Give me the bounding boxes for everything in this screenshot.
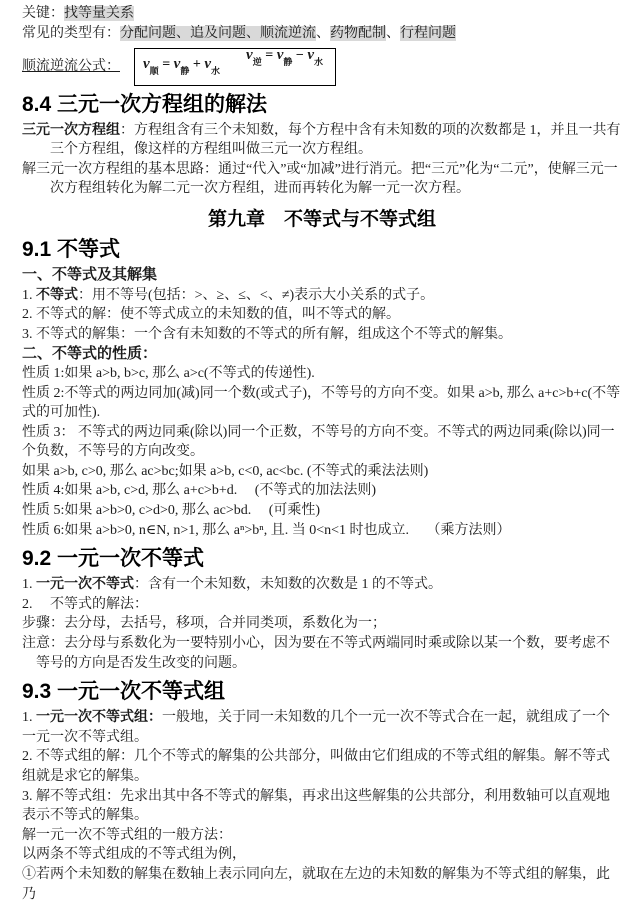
sec92-item-1: 1. 一元一次不等式：含有一个未知数，未知数的次数是 1 的不等式。 xyxy=(22,574,622,595)
types-highlight-2: 药物配制 xyxy=(330,26,386,41)
var-v: v xyxy=(204,56,211,72)
types-highlight-3: 行程问题 xyxy=(400,26,456,41)
equals-sign: = xyxy=(262,48,277,63)
plus-sign: + xyxy=(189,57,204,72)
sec91-item-3: 3. 不等式的解集：一个含有未知数的不等式的所有解，组成这个不等式的解集。 xyxy=(22,325,622,345)
section-heading-9-3: 9.3 一元一次不等式组 xyxy=(22,680,622,704)
sec93-example-intro: 以两条不等式组成的不等式组为例， xyxy=(22,845,622,865)
formula-box: v顺 = v静 + v水 v逆 = v静 − v水 xyxy=(134,48,336,85)
sec84-definition: 三元一次方程组：方程组含有三个未知数，每个方程中含有未知数的项的次数都是 1，并… xyxy=(22,120,622,160)
item-number: 1. xyxy=(22,577,36,592)
sec92-steps: 步骤：去分母，去括号，移项，合并同类项，系数化为一； xyxy=(22,614,622,634)
term-yiyuan-budengshi: 一元一次不等式 xyxy=(36,575,134,591)
intro-key-line: 关键：找等量关系 xyxy=(22,4,622,24)
term-budengshizu: 一元一次不等式组： xyxy=(36,708,162,724)
key-highlight: 找等量关系 xyxy=(64,6,134,21)
property-3: 性质 3： 不等式的两边同乘(除以)同一个正数，不等号的方向不变。不等式的两边同… xyxy=(22,423,622,462)
sec93-method-intro: 解一元一次不等式组的一般方法： xyxy=(22,826,622,846)
sub-ni: 逆 xyxy=(253,57,262,67)
sec92-note: 注意：去分母与系数化为一要特别小心，因为要在不等式两端同时乘或除以某一个数，要考… xyxy=(22,634,622,673)
chapter-9-title: 第九章 不等式与不等式组 xyxy=(22,208,622,231)
var-v: v xyxy=(246,47,253,63)
var-v: v xyxy=(307,47,314,63)
item-number: 1. xyxy=(22,288,36,303)
sec93-case-1: ①若两个未知数的解集在数轴上表示同向左，就取在左边的未知数的解集为不等式组的解集… xyxy=(22,865,622,903)
sec91-subhead-2: 二、不等式的性质： xyxy=(22,344,622,364)
types-sep-2: 、 xyxy=(386,26,400,41)
sec92-item-2: 2. 不等式的解法： xyxy=(22,595,622,615)
sub-jing: 静 xyxy=(180,66,189,76)
property-6: 性质 6:如果 a>b>0, n∈N, n>1, 那么 aⁿ>bⁿ, 且. 当 … xyxy=(22,521,622,541)
definition-text: ：用不等号(包括：>、≥、≤、<、≠)表示大小关系的式子。 xyxy=(78,288,434,303)
formula-row: 顺流逆流公式： v顺 = v静 + v水 v逆 = v静 − v水 xyxy=(22,48,622,85)
definition-text: ：方程组含有三个未知数，每个方程中含有未知数的项的次数都是 1，并且一共有三个方… xyxy=(50,123,621,158)
var-v: v xyxy=(143,56,150,72)
item-number: 1. xyxy=(22,710,36,725)
sub-shui: 水 xyxy=(314,57,323,67)
property-2: 性质 2:不等式的两边同加(减)同一个数(或式子)，不等号的方向不变。如果 a>… xyxy=(22,384,622,423)
types-label: 常见的类型有： xyxy=(22,26,120,41)
formula-label: 顺流逆流公式： xyxy=(22,57,120,77)
types-sep-1: 、 xyxy=(316,26,330,41)
sec91-subhead-1: 一、不等式及其解集 xyxy=(22,265,622,285)
section-heading-9-1: 9.1 不等式 xyxy=(22,238,622,262)
term-sanyuan: 三元一次方程组 xyxy=(22,121,120,137)
definition-text: ：含有一个未知数，未知数的次数是 1 的不等式。 xyxy=(134,577,442,592)
property-1: 性质 1:如果 a>b, b>c, 那么 a>c(不等式的传递性). xyxy=(22,364,622,384)
equals-sign: = xyxy=(159,57,174,72)
sub-shui: 水 xyxy=(211,66,220,76)
minus-sign: − xyxy=(292,48,307,63)
types-highlight-1: 分配问题、追及问题、顺流逆流 xyxy=(120,26,316,41)
section-heading-8-4: 8.4 三元一次方程组的解法 xyxy=(22,93,622,117)
sec91-item-2: 2. 不等式的解：使不等式成立的未知数的值，叫不等式的解。 xyxy=(22,305,622,325)
formula-downstream: v顺 = v静 + v水 xyxy=(143,55,220,79)
sec93-item-3: 3. 解不等式组：先求出其中各不等式的解集，再求出这些解集的公共部分，利用数轴可… xyxy=(22,787,622,826)
section-heading-9-2: 9.2 一元一次不等式 xyxy=(22,547,622,571)
sec91-item-1: 1. 不等式：用不等号(包括：>、≥、≤、<、≠)表示大小关系的式子。 xyxy=(22,285,622,306)
sec93-item-1: 1. 一元一次不等式组：一般地，关于同一未知数的几个一元一次不等式合在一起，就组… xyxy=(22,707,622,747)
sub-shun: 顺 xyxy=(150,66,159,76)
term-budengshi: 不等式 xyxy=(36,286,78,302)
property-4: 性质 4:如果 a>b, c>d, 那么 a+c>b+d. (不等式的加法法则) xyxy=(22,481,622,501)
formula-upstream: v逆 = v静 − v水 xyxy=(246,46,323,70)
intro-types-line: 常见的类型有：分配问题、追及问题、顺流逆流、药物配制、行程问题 xyxy=(22,24,622,44)
sub-jing: 静 xyxy=(283,57,292,67)
sec84-solving-idea: 解三元一次方程组的基本思路：通过“代入”或“加减”进行消元。把“三元”化为“二元… xyxy=(22,160,622,199)
property-5: 性质 5:如果 a>b>0, c>d>0, 那么 ac>bd. (可乘性) xyxy=(22,501,622,521)
document-page: 关键：找等量关系 常见的类型有：分配问题、追及问题、顺流逆流、药物配制、行程问题… xyxy=(0,0,636,903)
key-label: 关键： xyxy=(22,6,64,21)
multiplication-rule: 如果 a>b, c>0, 那么 ac>bc;如果 a>b, c<0, ac<bc… xyxy=(22,462,622,482)
sec93-item-2: 2. 不等式组的解：几个不等式的解集的公共部分，叫做由它们组成的不等式组的解集。… xyxy=(22,747,622,786)
